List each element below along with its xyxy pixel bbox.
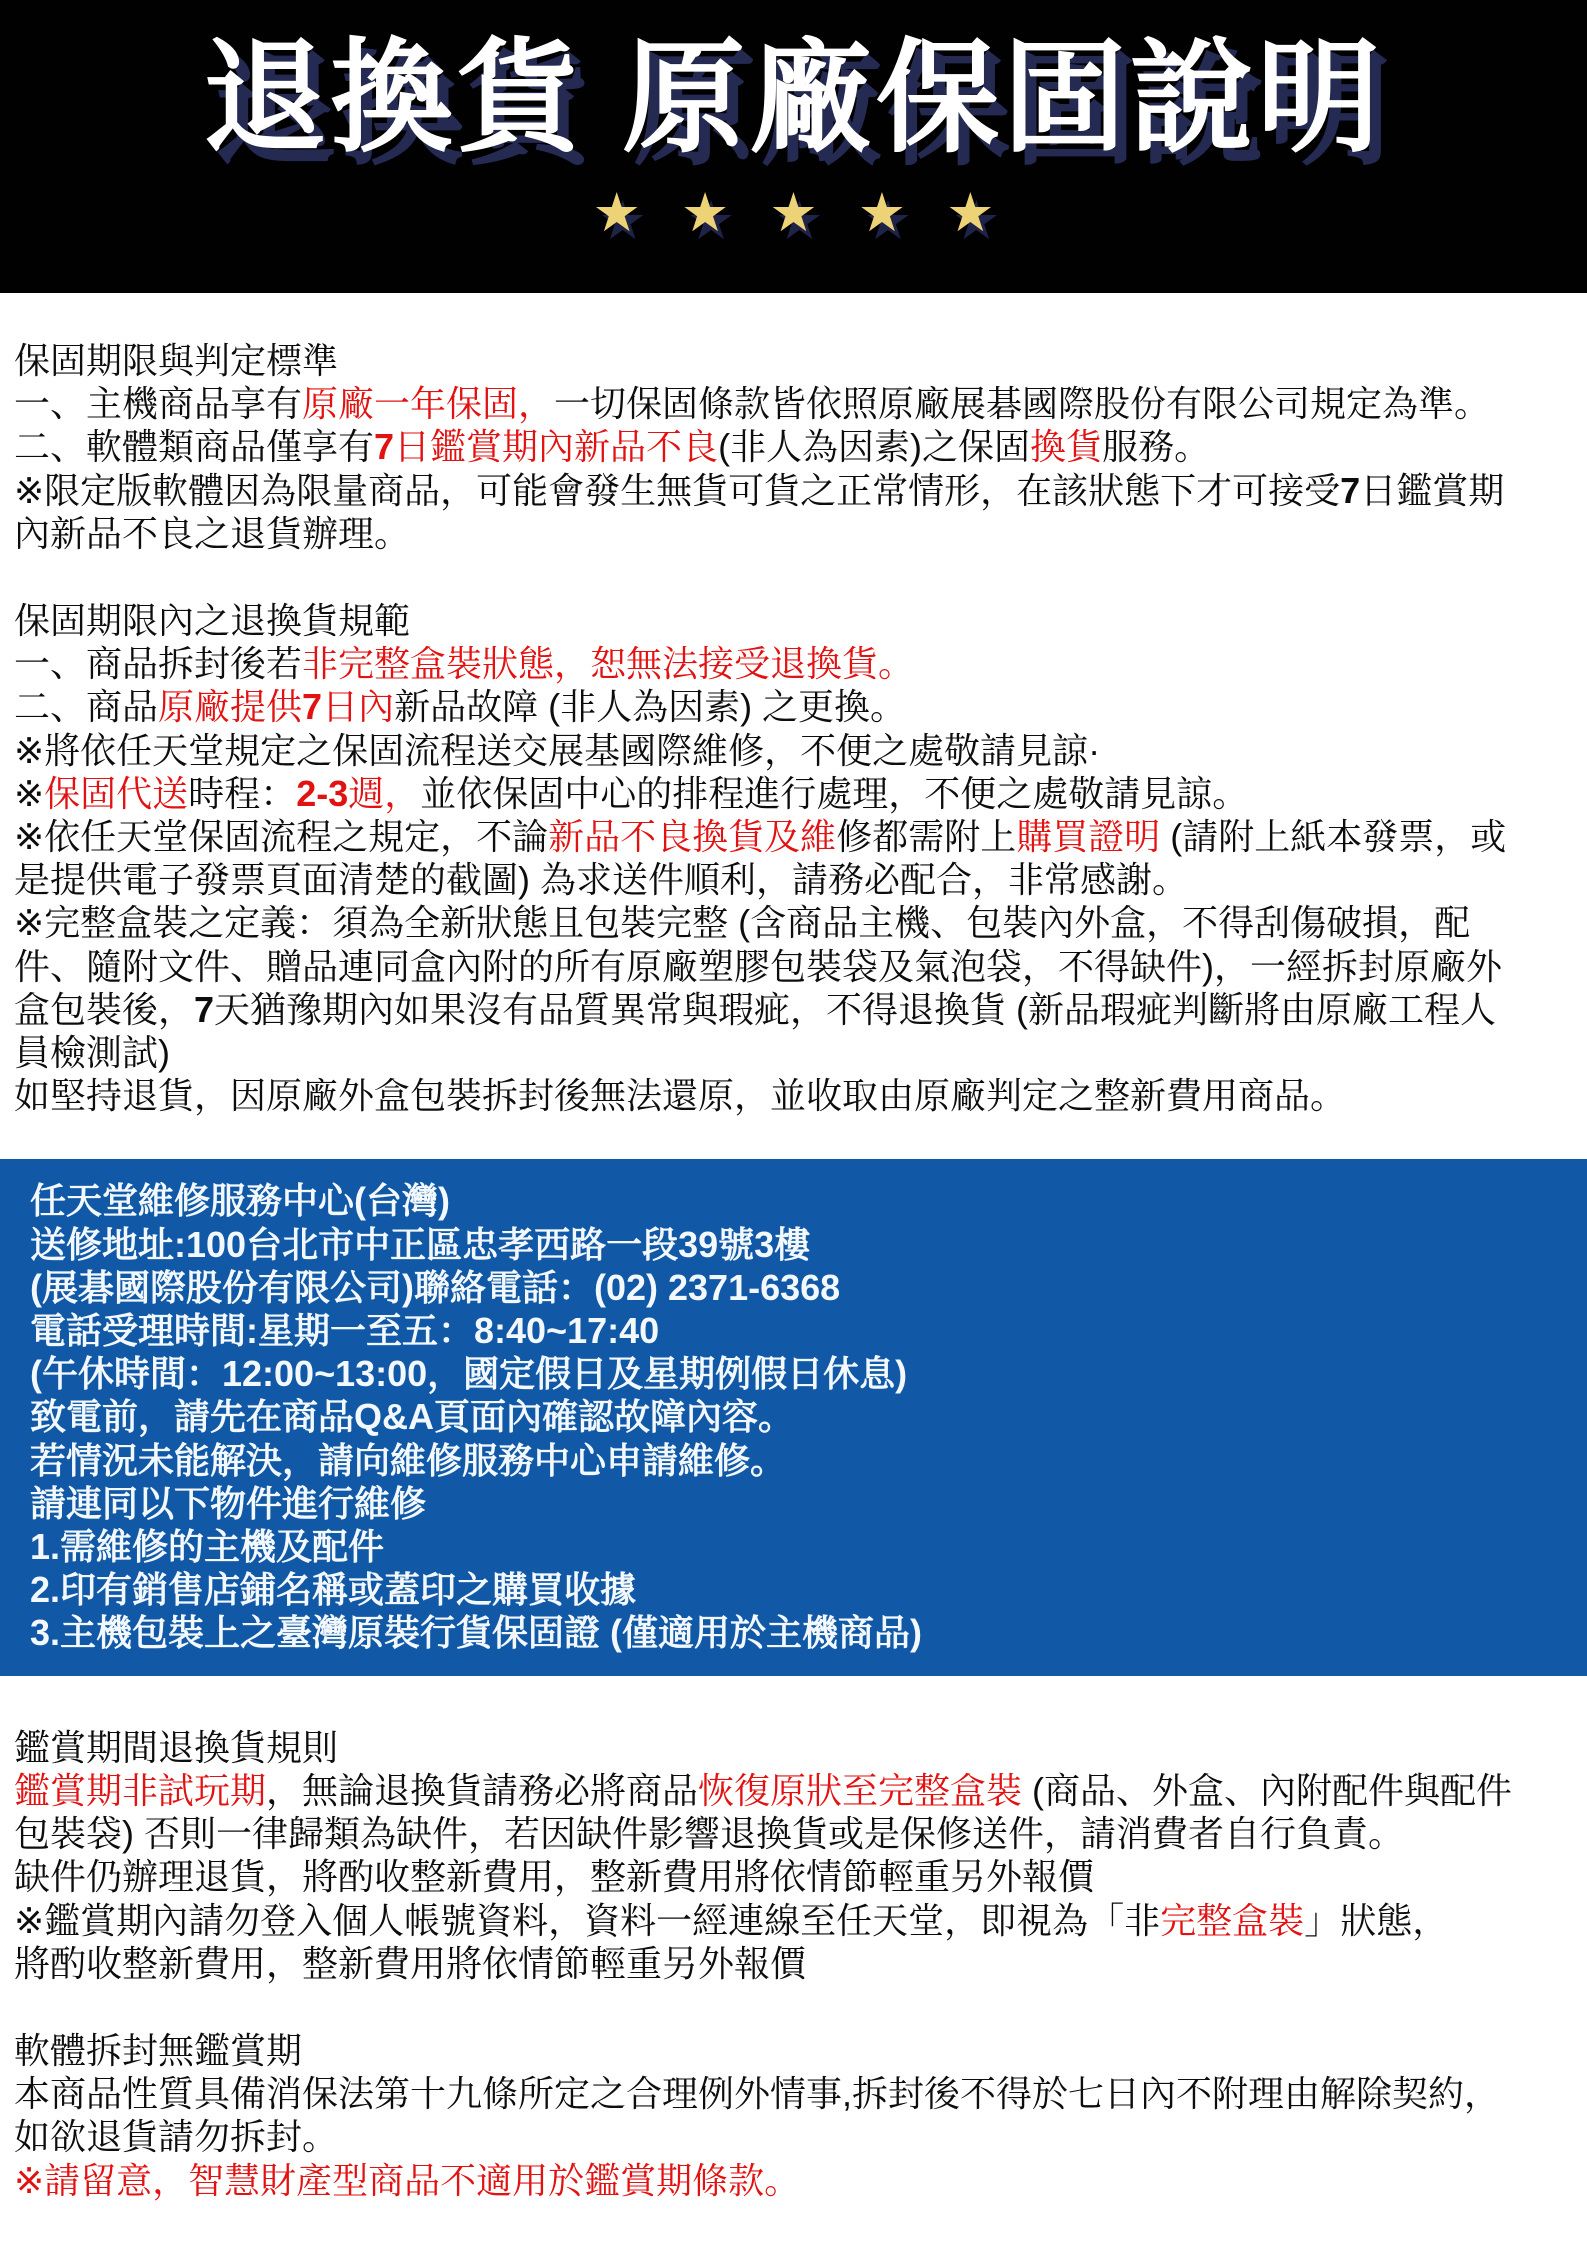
text-segment: 二、軟體類商品僅享有: [14, 426, 374, 467]
text-segment: 」狀態，: [1304, 1900, 1448, 1941]
text-line: 一、商品拆封後若非完整盒裝狀態，恕無法接受退換貨。: [14, 642, 1577, 685]
star-icon: ★: [769, 183, 857, 243]
text-line: ※保固代送時程：2-3週，並依保固中心的排程進行處理，不便之處敬請見諒。: [14, 772, 1577, 815]
text-segment: 缺件仍辦理退貨，將酌收整新費用，整新費用將依情節輕重另外報價: [14, 1856, 1094, 1897]
text-segment: 致電前，請先在商品: [30, 1396, 354, 1437]
header-banner: 退換貨 原廠保固說明 ★★★★★: [0, 0, 1587, 293]
text-line: ※限定版軟體因為限量商品，可能會發生無貨可貨之正常情形，在該狀態下才可接受7日鑑…: [14, 469, 1577, 512]
text-segment: ※限定版軟體因為限量商品，可能會發生無貨可貨之正常情形，在該狀態下才可接受: [14, 470, 1340, 511]
text-segment: (02) 2371-6368: [594, 1267, 840, 1308]
text-line: 一、主機商品享有原廠一年保固，一切保固條款皆依照原廠展碁國際股份有限公司規定為準…: [14, 382, 1577, 425]
text-segment: 主機包裝上之臺灣原裝行貨保固證 (僅適用於主機商品): [60, 1612, 922, 1653]
text-segment: 1.: [30, 1526, 60, 1567]
text-line: (午休時間：12:00~13:00，國定假日及星期例假日休息): [30, 1352, 1567, 1395]
text-segment: 號: [718, 1224, 754, 1265]
text-segment: 非完整盒裝狀態，恕無法接受退換貨。: [302, 643, 914, 684]
text-segment: 台北市中正區忠孝西路一段: [246, 1224, 678, 1265]
text-segment: 7: [374, 426, 394, 467]
text-segment: 3: [754, 1224, 774, 1265]
star-icon: ★: [592, 183, 680, 243]
text-segment: 7: [302, 686, 322, 727]
text-segment: 原廠提供: [158, 686, 302, 727]
section-return-rules-within-warranty: 保固期限內之退換貨規範一、商品拆封後若非完整盒裝狀態，恕無法接受退換貨。二、商品…: [0, 599, 1587, 1117]
star-icon: ★: [858, 183, 946, 243]
text-segment: 盒包裝後，: [14, 989, 194, 1030]
text-line: ※鑑賞期內請勿登入個人帳號資料，資料一經連線至任天堂，即視為「非完整盒裝」狀態，: [14, 1899, 1577, 1942]
text-segment: 需維修的主機及配件: [60, 1526, 384, 1567]
text-line: 如欲退貨請勿拆封。: [14, 2115, 1577, 2158]
text-line: 件、隨附文件、贈品連同盒內附的所有原廠塑膠包裝袋及氣泡袋，不得缺件)，一經拆封原…: [14, 945, 1577, 988]
text-line: 保固期限與判定標準: [14, 339, 1577, 382]
text-segment: 恢復原狀至完整盒裝: [698, 1770, 1022, 1811]
text-segment: ※: [14, 773, 44, 814]
text-line: 3.主機包裝上之臺灣原裝行貨保固證 (僅適用於主機商品): [30, 1611, 1567, 1654]
text-segment: 若情況未能解決，請向維修服務中心申請維修。: [30, 1440, 786, 1481]
text-segment: 件、隨附文件、贈品連同盒內附的所有原廠塑膠包裝袋及氣泡袋，不得缺件)，一經拆封原…: [14, 946, 1502, 987]
text-segment: 2.: [30, 1569, 60, 1610]
text-line: 鑑賞期間退換貨規則: [14, 1726, 1577, 1769]
text-segment: 任天堂維修服務中心(台灣): [30, 1180, 450, 1221]
policy-notice-page: 退換貨 原廠保固說明 ★★★★★ 保固期限與判定標準一、主機商品享有原廠一年保固…: [0, 0, 1587, 2245]
text-line: 員檢測試): [14, 1031, 1577, 1074]
text-line: ※將依任天堂規定之保固流程送交展基國際維修，不便之處敬請見諒·: [14, 729, 1577, 772]
text-segment: ，國定假日及星期例假日休息): [427, 1353, 907, 1394]
star-icon: ★: [681, 183, 769, 243]
text-line: 盒包裝後，7天猶豫期內如果沒有品質異常與瑕疵，不得退換貨 (新品瑕疵判斷將由原廠…: [14, 988, 1577, 1031]
text-line: 是提供電子發票頁面清楚的截圖) 為求送件順利，請務必配合，非常感謝。: [14, 858, 1577, 901]
text-line: 送修地址:100台北市中正區忠孝西路一段39號3樓: [30, 1223, 1567, 1266]
text-segment: 電話受理時間:星期一至五：: [30, 1310, 474, 1351]
text-segment: 天猶豫期內如果沒有品質異常與瑕疵，不得退換貨 (新品瑕疵判斷將由原廠工程人: [214, 989, 1496, 1030]
text-segment: 8:40~17:40: [474, 1310, 659, 1351]
text-segment: 將酌收整新費用，整新費用將依情節輕重另外報價: [14, 1943, 806, 1984]
text-line: 軟體拆封無鑑賞期: [14, 2029, 1577, 2072]
text-segment: 頁面內確認故障內容。: [434, 1396, 794, 1437]
text-segment: 內新品不良之退貨辦理。: [14, 513, 410, 554]
text-line: 任天堂維修服務中心(台灣): [30, 1179, 1567, 1222]
text-segment: 原廠一年保固，: [302, 383, 554, 424]
text-segment: 日內: [322, 686, 394, 727]
text-line: 若情況未能解決，請向維修服務中心申請維修。: [30, 1439, 1567, 1482]
text-segment: 保固期限內之退換貨規範: [14, 600, 410, 641]
star-icon: ★: [946, 183, 1034, 243]
text-segment: 3.: [30, 1612, 60, 1653]
text-segment: 完整盒裝: [1160, 1900, 1304, 1941]
text-segment: 一、商品拆封後若: [14, 643, 302, 684]
text-line: 將酌收整新費用，整新費用將依情節輕重另外報價: [14, 1942, 1577, 1985]
text-line: 1.需維修的主機及配件: [30, 1525, 1567, 1568]
text-segment: 本商品性質具備消保法第十九條所定之合理例外情事,拆封後不得於七日內不附理由解除契…: [14, 2073, 1500, 2114]
text-line: ※依任天堂保固流程之規定，不論新品不良換貨及維修都需附上購買證明 (請附上紙本發…: [14, 815, 1577, 858]
text-segment: 修都需附上: [836, 816, 1016, 857]
text-line: 致電前，請先在商品Q&A頁面內確認故障內容。: [30, 1395, 1567, 1438]
text-segment: 保固期限與判定標準: [14, 340, 338, 381]
text-segment: 樓: [774, 1224, 810, 1265]
text-segment: 100: [186, 1224, 246, 1265]
text-segment: 鑑賞期間退換貨規則: [14, 1727, 338, 1768]
text-line: 電話受理時間:星期一至五：8:40~17:40: [30, 1309, 1567, 1352]
text-segment: 7: [194, 989, 214, 1030]
text-segment: 新品不良換貨及維: [548, 816, 836, 857]
text-line: (展碁國際股份有限公司)聯絡電話：(02) 2371-6368: [30, 1266, 1567, 1309]
text-segment: 如欲退貨請勿拆封。: [14, 2116, 338, 2157]
section-software-no-trial-period: 軟體拆封無鑑賞期本商品性質具備消保法第十九條所定之合理例外情事,拆封後不得於七日…: [0, 2029, 1587, 2202]
text-segment: 購買證明: [1016, 816, 1160, 857]
section-trial-period-return-rules: 鑑賞期間退換貨規則鑑賞期非試玩期，無論退換貨請務必將商品恢復原狀至完整盒裝 (商…: [0, 1726, 1587, 1985]
text-segment: 週，: [348, 773, 420, 814]
text-segment: 換貨: [1030, 426, 1102, 467]
text-segment: 包裝袋) 否則一律歸類為缺件，若因缺件影響退換貨或是保修送件，請消費者自行負責。: [14, 1813, 1404, 1854]
page-title: 退換貨 原廠保固說明: [203, 37, 1384, 160]
text-segment: 二、商品: [14, 686, 158, 727]
text-line: 二、軟體類商品僅享有7日鑑賞期內新品不良(非人為因素)之保固換貨服務。: [14, 425, 1577, 468]
text-segment: 新品故障 (非人為因素) 之更換。: [394, 686, 906, 727]
text-line: ※請留意，智慧財產型商品不適用於鑑賞期條款。: [14, 2159, 1577, 2202]
section-service-center-info: 任天堂維修服務中心(台灣)送修地址:100台北市中正區忠孝西路一段39號3樓(展…: [0, 1159, 1587, 1675]
text-line: ※完整盒裝之定義：須為全新狀態且包裝完整 (含商品主機、包裝內外盒，不得刮傷破損…: [14, 901, 1577, 944]
text-segment: ※將依任天堂規定之保固流程送交展基國際維修，不便之處敬請見諒·: [14, 730, 1100, 771]
text-segment: 39: [678, 1224, 718, 1265]
text-segment: (展碁國際股份有限公司)聯絡電話：: [30, 1267, 594, 1308]
text-segment: 印有銷售店鋪名稱或蓋印之購買收據: [60, 1569, 636, 1610]
text-segment: 並依保固中心的排程進行處理，不便之處敬請見諒。: [420, 773, 1248, 814]
text-segment: (非人為因素)之保固: [718, 426, 1030, 467]
text-segment: ※鑑賞期內請勿登入個人帳號資料，資料一經連線至任天堂，即視為「非: [14, 1900, 1160, 1941]
text-segment: (請附上紙本發票，或: [1160, 816, 1506, 857]
text-segment: 鑑賞期非試玩期: [14, 1770, 266, 1811]
text-segment: Q&A: [354, 1396, 434, 1437]
text-line: 2.印有銷售店鋪名稱或蓋印之購買收據: [30, 1568, 1567, 1611]
star-rating: ★★★★★: [552, 186, 1034, 240]
text-line: 本商品性質具備消保法第十九條所定之合理例外情事,拆封後不得於七日內不附理由解除契…: [14, 2072, 1577, 2115]
text-segment: 7: [1340, 470, 1360, 511]
text-segment: 一切保固條款皆依照原廠展碁國際股份有限公司規定為準。: [554, 383, 1490, 424]
policy-content: 保固期限與判定標準一、主機商品享有原廠一年保固，一切保固條款皆依照原廠展碁國際股…: [0, 293, 1587, 2202]
text-line: 如堅持退貨，因原廠外盒包裝拆封後無法還原，並收取由原廠判定之整新費用商品。: [14, 1074, 1577, 1117]
text-segment: ※完整盒裝之定義：須為全新狀態且包裝完整 (含商品主機、包裝內外盒，不得刮傷破損…: [14, 902, 1470, 943]
text-line: 保固期限內之退換貨規範: [14, 599, 1577, 642]
text-segment: 保固代送: [44, 773, 188, 814]
text-segment: 12:00~13:00: [222, 1353, 427, 1394]
text-segment: 時程：: [188, 773, 296, 814]
text-segment: 日鑑賞期內新品不良: [394, 426, 718, 467]
text-segment: 員檢測試): [14, 1032, 170, 1073]
text-segment: 日鑑賞期: [1360, 470, 1504, 511]
text-line: 內新品不良之退貨辦理。: [14, 512, 1577, 555]
text-segment: 軟體拆封無鑑賞期: [14, 2030, 302, 2071]
text-segment: (午休時間：: [30, 1353, 222, 1394]
text-segment: 請連同以下物件進行維修: [30, 1483, 426, 1524]
text-line: 請連同以下物件進行維修: [30, 1482, 1567, 1525]
text-line: 包裝袋) 否則一律歸類為缺件，若因缺件影響退換貨或是保修送件，請消費者自行負責。: [14, 1812, 1577, 1855]
text-segment: 2-3: [296, 773, 348, 814]
text-line: 二、商品原廠提供7日內新品故障 (非人為因素) 之更換。: [14, 685, 1577, 728]
text-line: 鑑賞期非試玩期，無論退換貨請務必將商品恢復原狀至完整盒裝 (商品、外盒、內附配件…: [14, 1769, 1577, 1812]
text-segment: ※請留意，智慧財產型商品不適用於鑑賞期條款。: [14, 2160, 800, 2201]
text-line: 缺件仍辦理退貨，將酌收整新費用，整新費用將依情節輕重另外報價: [14, 1855, 1577, 1898]
text-segment: 服務。: [1102, 426, 1210, 467]
text-segment: 送修地址:: [30, 1224, 186, 1265]
text-segment: (商品、外盒、內附配件與配件: [1022, 1770, 1512, 1811]
text-segment: 一、主機商品享有: [14, 383, 302, 424]
text-segment: ，無論退換貨請務必將商品: [266, 1770, 698, 1811]
text-segment: 如堅持退貨，因原廠外盒包裝拆封後無法還原，並收取由原廠判定之整新費用商品。: [14, 1075, 1346, 1116]
section-warranty-period-standards: 保固期限與判定標準一、主機商品享有原廠一年保固，一切保固條款皆依照原廠展碁國際股…: [0, 339, 1587, 555]
text-segment: 是提供電子發票頁面清楚的截圖) 為求送件順利，請務必配合，非常感謝。: [14, 859, 1188, 900]
text-segment: ※依任天堂保固流程之規定，不論: [14, 816, 548, 857]
